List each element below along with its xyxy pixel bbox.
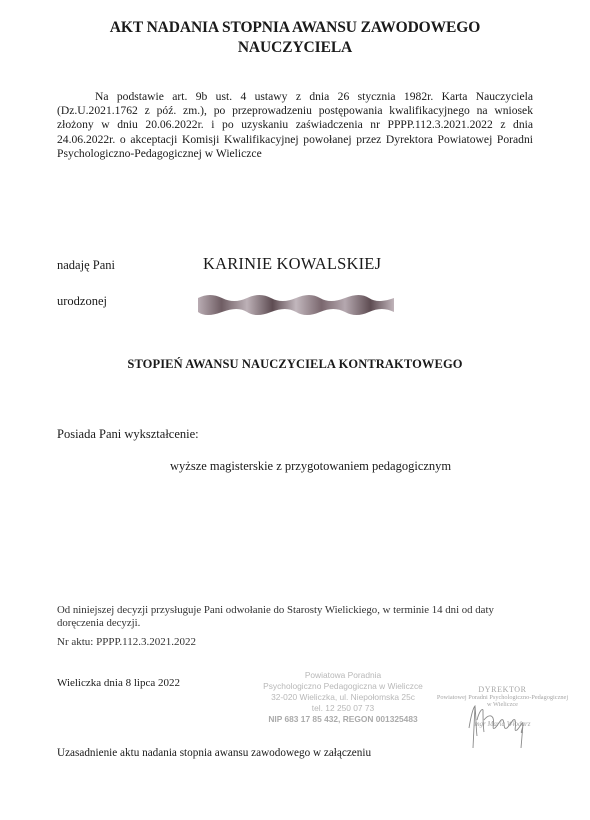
- justification-note: Uzasadnienie aktu nadania stopnia awansu…: [57, 747, 371, 759]
- grant-label: nadaję Pani: [57, 258, 115, 273]
- stamp-line-4: tel. 12 250 07 73: [248, 703, 438, 714]
- title-line-1: AKT NADANIA STOPNIA AWANSU ZAWODOWEGO: [0, 18, 590, 38]
- redaction-mark: [198, 292, 394, 322]
- document-title: AKT NADANIA STOPNIA AWANSU ZAWODOWEGO NA…: [0, 18, 590, 58]
- title-line-2: NAUCZYCIELA: [0, 38, 590, 58]
- stamp-line-2: Psychologiczno Pedagogiczna w Wieliczce: [248, 681, 438, 692]
- appeal-notice: Od niniejszej decyzji przysługuje Pani o…: [57, 604, 533, 629]
- degree-heading: STOPIEŃ AWANSU NAUCZYCIELA KONTRAKTOWEGO: [0, 357, 590, 372]
- born-label: urodzonej: [57, 294, 107, 309]
- act-number: Nr aktu: PPPP.112.3.2021.2022: [57, 636, 196, 648]
- education-label: Posiada Pani wykształcenie:: [57, 427, 199, 442]
- place-date: Wieliczka dnia 8 lipca 2022: [57, 677, 180, 689]
- legal-basis-paragraph: Na podstawie art. 9b ust. 4 ustawy z dni…: [57, 90, 533, 161]
- director-role: DYREKTOR: [415, 686, 590, 694]
- recipient-name: KARINIE KOWALSKIEJ: [203, 254, 381, 274]
- stamp-line-3: 32-020 Wieliczka, ul. Niepołomska 25c: [248, 692, 438, 703]
- signature-icon: [465, 698, 535, 750]
- stamp-line-1: Powiatowa Poradnia: [248, 670, 438, 681]
- stamp-line-5: NIP 683 17 85 432, REGON 001325483: [248, 714, 438, 725]
- education-value: wyższe magisterskie z przygotowaniem ped…: [170, 459, 451, 474]
- institution-stamp: Powiatowa Poradnia Psychologiczno Pedago…: [248, 670, 438, 725]
